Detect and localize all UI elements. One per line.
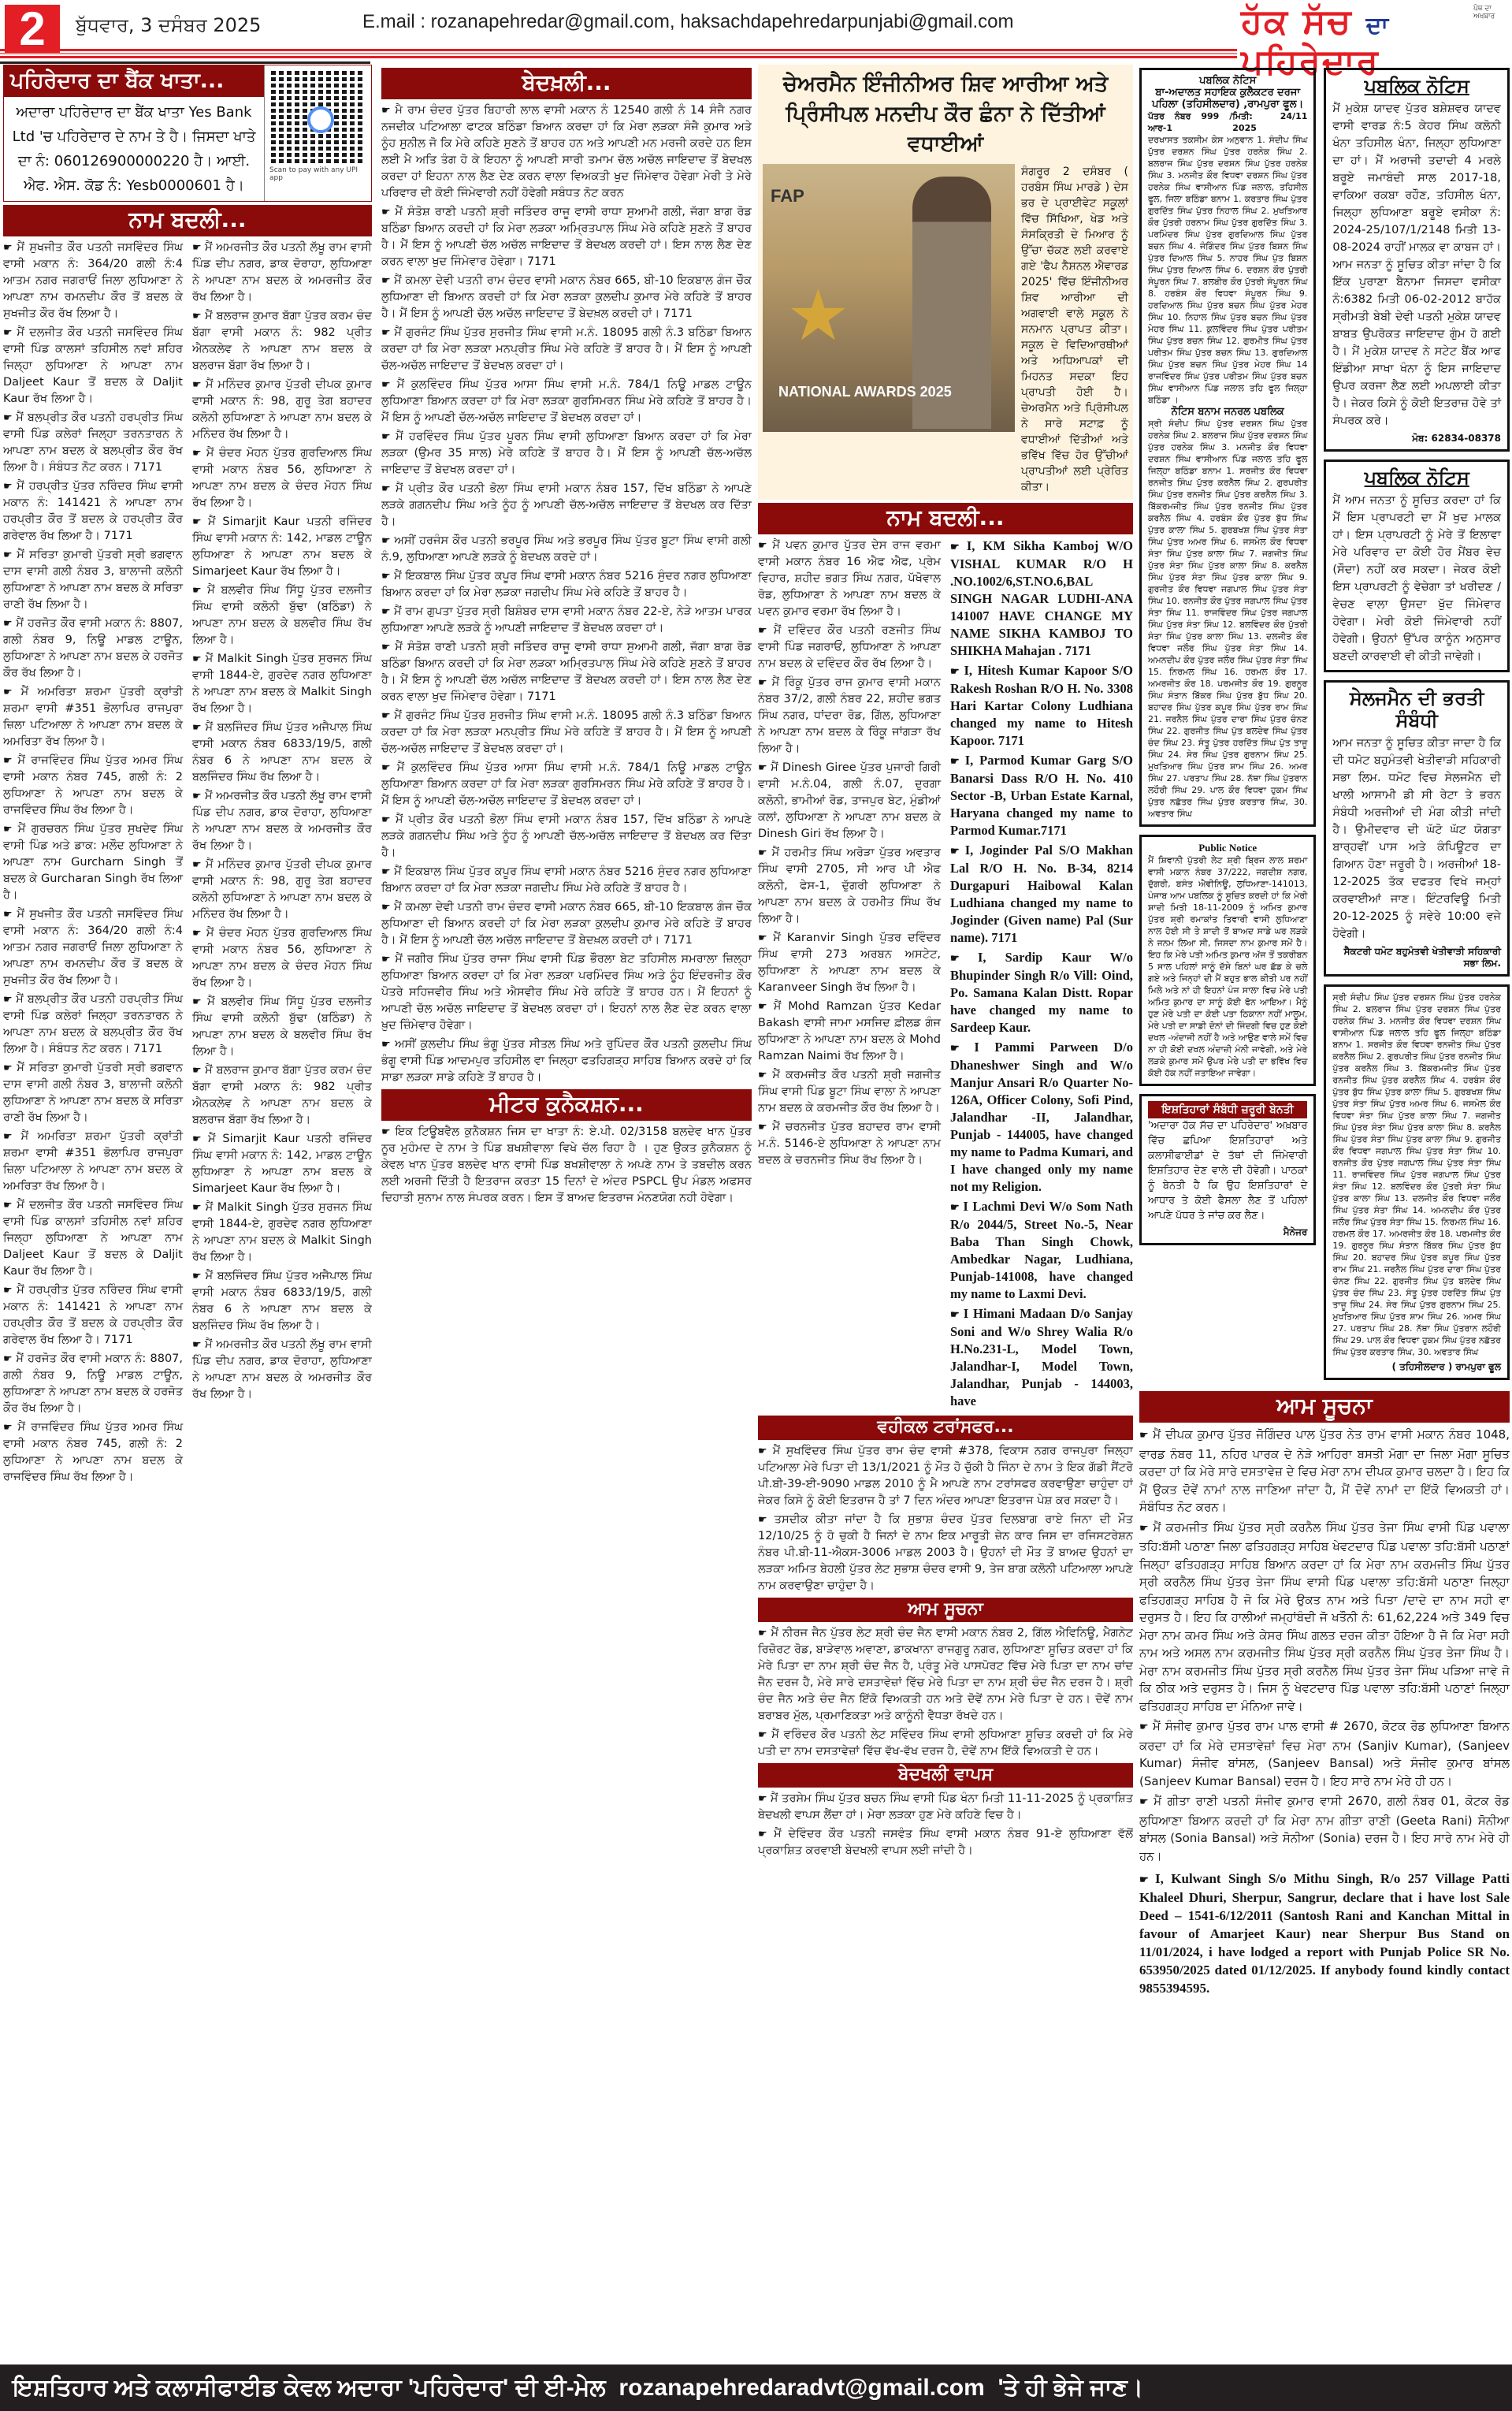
list-item: ਮੈਂ ਵਰਿੰਦਰ ਕੌਰ ਪਤਨੀ ਲੇਟ ਸਵਿੰਦਰ ਸਿੰਘ ਵਾਸੀ… xyxy=(758,1727,1133,1760)
list-item: ਮੈਂ ਬਲਵੀਰ ਸਿੰਘ ਸਿੱਧੂ ਪੁੱਤਰ ਦਲਜੀਤ ਸਿੰਘ ਵਾ… xyxy=(192,582,372,649)
list-item: I Pammi Parween D/o Dhaneshwer Singh and… xyxy=(950,1039,1133,1196)
list-item: ਅਸੀਂ ਹਰਜੰਸ ਕੌਰ ਪਤਨੀ ਭਰਪੂਰ ਸਿੰਘ ਅਤੇ ਭਰਪੂਰ… xyxy=(381,533,752,566)
list-item: ਮੈਂ ਅਮਰਜੀਤ ਕੌਰ ਪਤਨੀ ਲੱਖੂ ਰਾਮ ਵਾਸੀ ਪਿੰਡ ਦ… xyxy=(192,240,372,306)
story-headline: ਚੇਅਰਮੈਨ ਇੰਜੀਨੀਅਰ ਸ਼ਿਵ ਆਰੀਆ ਅਤੇ ਪ੍ਰਿੰਸੀਪਲ… xyxy=(763,69,1128,159)
list-item: ਮੈਂ ਪਵਨ ਕੁਮਾਰ ਪੁੱਤਰ ਦੇਸ ਰਾਜ ਵਰਮਾ ਵਾਸੀ ਮਕ… xyxy=(758,538,941,620)
list-item: ਮੈਂ ਹਰਮੀਤ ਸਿੰਘ ਅਰੋੜਾ ਪੁੱਤਰ ਅਵਤਾਰ ਸਿੰਘ ਵਾ… xyxy=(758,845,941,928)
notice-title: ਇਸ਼ਤਿਹਾਰਾਂ ਸੰਬੰਧੀ ਜ਼ਰੂਰੀ ਬੇਨਤੀ xyxy=(1148,1101,1307,1118)
list-item: ਮੈਂ ਇਕਬਾਲ ਸਿੰਘ ਪੁੱਤਰ ਕਪੂਰ ਸਿੰਘ ਵਾਸੀ ਮਕਾਨ… xyxy=(381,864,752,897)
footer-ad-instructions: ਇਸ਼ਤਿਹਾਰ ਅਤੇ ਕਲਾਸੀਫਾਈਡ ਕੇਵਲ ਅਦਾਰਾ 'ਪਹਿਰੇ… xyxy=(0,2364,1512,2411)
list-item: ਮੈਂ ਗੁਰਚਰਨ ਸਿੰਘ ਪੁੱਤਰ ਸੁਖਦੇਵ ਸਿੰਘ ਵਾਸੀ ਪ… xyxy=(3,821,183,904)
list-item: ਮੈਂ Dinesh Giree ਪੁੱਤਰ ਪੁਜਾਰੀ ਗਿਰੀ ਵਾਸੀ … xyxy=(758,760,941,843)
list-item: I, Hitesh Kumar Kapoor S/O Rakesh Roshan… xyxy=(950,662,1133,750)
page-number: 2 xyxy=(5,5,60,54)
list-item: ਮੈਂ ਹਰਜੋਤ ਕੌਰ ਵਾਸੀ ਮਕਾਨ ਨੰ: 8807, ਗਲੀ ਨੰ… xyxy=(3,616,183,682)
list-item: ਮੈਂ ਬਲਪ੍ਰੀਤ ਕੌਰ ਪਤਨੀ ਹਰਪ੍ਰੀਤ ਸਿੰਘ ਵਾਸੀ ਪ… xyxy=(3,410,183,476)
story-photo: FAP ★ NATIONAL AWARDS 2025 xyxy=(763,164,1015,432)
masthead: 2 ਬੁੱਧਵਾਰ, 3 ਦਸੰਬਰ 2025 E.mail : rozanap… xyxy=(0,0,1512,60)
footer-suffix: 'ਤੇ ਹੀ ਭੇਜੇ ਜਾਣ। xyxy=(997,2375,1143,2401)
list-item: ਮੈਂ ਕੁਲਵਿੰਦਰ ਸਿੰਘ ਪੁੱਤਰ ਆਸਾ ਸਿੰਘ ਵਾਸੀ ਮ.… xyxy=(381,760,752,809)
section-header-meter-connection: ਮੀਟਰ ਕੁਨੈਕਸ਼ਨ... xyxy=(381,1089,752,1121)
public-notice-court-continued: ਸ੍ਰੀ ਸੰਦੀਪ ਸਿੰਘ ਪੁੱਤਰ ਦਰਸ਼ਨ ਸਿੰਘ ਪੁੱਤਰ ਹ… xyxy=(1324,984,1510,1380)
list-item: ਮੈਂ ਅਮਰਿਤਾ ਸ਼ਰਮਾ ਪੁੱਤਰੀ ਕ੍ਰਾਂਤੀ ਸ਼ਰਮਾ ਵਾ… xyxy=(3,1129,183,1195)
photo-logo-text: FAP xyxy=(771,186,804,206)
notice-contact: ਮੋਬ: 62834-08378 xyxy=(1332,433,1501,445)
list-item: ਮੈਂ ਗੀਤਾ ਰਾਣੀ ਪਤਨੀ ਸੰਜੀਵ ਕੁਮਾਰ ਵਾਸੀ 2670… xyxy=(1139,1792,1510,1865)
list-item: ਤਸਦੀਕ ਕੀਤਾ ਜਾਂਦਾ ਹੈ ਕਿ ਸੁਭਾਸ਼ ਚੰਦਰ ਪੁੱਤਰ… xyxy=(758,1512,1133,1594)
footer-email[interactable]: rozanapehredaradvt@gmail.com xyxy=(619,2375,984,2401)
list-item: ਮੈਂ Mohd Ramzan ਪੁੱਤਰ Kedar Bakash ਵਾਸੀ … xyxy=(758,999,941,1065)
list-item: ਮੈਂ ਹਰਜੋਤ ਕੌਰ ਵਾਸੀ ਮਕਾਨ ਨੰ: 8807, ਗਲੀ ਨੰ… xyxy=(3,1351,183,1417)
list-item: ਮੈ ਰਾਮ ਚੰਦਰ ਪੁੱਤਰ ਬਿਹਾਰੀ ਲਾਲ ਵਾਸੀ ਮਕਾਨ ਨ… xyxy=(381,102,752,202)
notice-text: ਸ੍ਰੀ ਸੰਦੀਪ ਸਿੰਘ ਪੁੱਤਰ ਦਰਸ਼ਨ ਸਿੰਘ ਪੁੱਤਰ ਹ… xyxy=(1332,992,1501,1358)
notice-title: ਪਬਲਿਕ ਨੋਟਿਸ xyxy=(1332,467,1501,489)
star-icon: ★ xyxy=(786,274,850,357)
name-change-punjabi-list: ਮੈਂ ਪਵਨ ਕੁਮਾਰ ਪੁੱਤਰ ਦੇਸ ਰਾਜ ਵਰਮਾ ਵਾਸੀ ਮਕ… xyxy=(758,538,941,1412)
public-notice-mukesh: ਪਬਲਿਕ ਨੋਟਿਸ ਮੈਂ ਮੁਕੇਸ਼ ਯਾਦਵ ਪੁੱਤਰ ਬਸ਼ੇਸ਼… xyxy=(1324,68,1510,452)
upi-qr-code[interactable]: Scan to pay with any UPI app xyxy=(264,65,371,201)
name-change-list-right: ਮੈਂ ਅਮਰਜੀਤ ਕੌਰ ਪਤਨੀ ਲੱਖੂ ਰਾਮ ਵਾਸੀ ਪਿੰਡ ਦ… xyxy=(192,240,372,1488)
list-item: ਮੈਂ ਹਰਪ੍ਰੀਤ ਪੁੱਤਰ ਨਰਿੰਦਰ ਸਿੰਘ ਵਾਸੀ ਮਕਾਨ … xyxy=(3,478,183,545)
notice-text: ਮੈਂ ਆਮ ਜਨਤਾ ਨੂੰ ਸੂਚਿਤ ਕਰਦਾ ਹਾਂ ਕਿ ਮੈਂ ਇਸ… xyxy=(1332,492,1501,665)
list-item: ਮੈਂ ਰਿੰਕੂ ਪੁੱਤਰ ਰਾਜ ਕੁਮਾਰ ਵਾਸੀ ਮਕਾਨ ਨੰਬਰ… xyxy=(758,675,941,757)
list-item: ਮੈਂ ਸੁਖਜੀਤ ਕੌਰ ਪਤਨੀ ਜਸਵਿੰਦਰ ਸਿੰਘ ਵਾਸੀ ਮਕ… xyxy=(3,906,183,989)
list-item: ਮੈਂ ਸੁਖਜੀਤ ਕੌਰ ਪਤਨੀ ਜਸਵਿੰਦਰ ਸਿੰਘ ਵਾਸੀ ਮਕ… xyxy=(3,240,183,322)
salesman-recruitment-notice: ਸੇਲਜਮੈਨ ਦੀ ਭਰਤੀ ਸੰਬੰਧੀ ਆਮ ਜਨਤਾ ਨੂੰ ਸੂਚਿਤ… xyxy=(1324,680,1510,977)
list-item: ਮੈਂ ਦੀਪਕ ਕੁਮਾਰ ਪੁੱਤਰ ਜੋਗਿੰਦਰ ਪਾਲ ਪੁੱਤਰ ਨ… xyxy=(1139,1426,1510,1516)
contact-emails: E.mail : rozanapehredar@gmail.com, haksa… xyxy=(362,11,1013,33)
list-item: ਮੈਂ ਬਲਰਾਜ ਕੁਮਾਰ ਬੱਗਾ ਪੁੱਤਰ ਕਰਮ ਚੰਦ ਬੱਗਾ … xyxy=(192,308,372,374)
list-item: ਮੈਂ ਗੁਰਜੰਟ ਸਿੰਘ ਪੁੱਤਰ ਸੁਰਜੀਤ ਸਿੰਘ ਵਾਸੀ ਮ… xyxy=(381,325,752,374)
section-header-disinherit: ਬੇਦਖ਼ਲੀ... xyxy=(381,68,752,99)
name-change-english-list: I, KM Sikha Kamboj W/O VISHAL KUMAR R/O … xyxy=(950,538,1133,1412)
list-item: I Lachmi Devi W/o Som Nath R/o 2044/5, S… xyxy=(950,1198,1133,1303)
list-item: ਮੈਂ ਸਰਿਤਾ ਕੁਮਾਰੀ ਪੁੱਤਰੀ ਸ੍ਰੀ ਭਗਵਾਨ ਦਾਸ ਵ… xyxy=(3,1060,183,1126)
notice-signature: ( ਤਹਿਸੀਲਦਾਰ ) ਰਾਮਪੁਰਾ ਫੂਲ xyxy=(1332,1361,1501,1373)
list-item: ਮੈਂ ਸੰਤੋਸ਼ ਰਾਣੀ ਪਤਨੀ ਸ਼੍ਰੀ ਜਤਿੰਦਰ ਰਾਜੂ ਵ… xyxy=(381,204,752,270)
bank-account-box: ਪਹਿਰੇਦਾਰ ਦਾ ਬੈਂਕ ਖਾਤਾ... ਅਦਾਰਾ ਪਹਿਰੇਦਾਰ … xyxy=(3,65,372,202)
list-item: ਮੈਂ ਚੰਦਰ ਮੋਹਨ ਪੁੱਤਰ ਗੁਰਦਿਆਲ ਸਿੰਘ ਵਾਸੀ ਮਕ… xyxy=(192,445,372,512)
list-item: ਮੈਂ ਰਾਜਵਿੰਦਰ ਸਿੰਘ ਪੁੱਤਰ ਅਮਰ ਸਿੰਘ ਵਾਸੀ ਮਕ… xyxy=(3,753,183,819)
public-notice-english: Public Notice ਮੈਂ ਸ਼ਿਵਾਨੀ ਪੁੱਤਰੀ ਲੇਟ ਸ਼੍… xyxy=(1139,835,1316,1086)
list-item: ਮੈਂ ਸੰਤੋਸ਼ ਰਾਣੀ ਪਤਨੀ ਸ਼੍ਰੀ ਜਤਿੰਦਰ ਰਾਜੂ ਵ… xyxy=(381,639,752,705)
notice-title: ਸੇਲਜਮੈਨ ਦੀ ਭਰਤੀ ਸੰਬੰਧੀ xyxy=(1332,687,1501,731)
list-item: I, Joginder Pal S/O Makhan Lal R/O H. No… xyxy=(950,842,1133,947)
list-item: I, KM Sikha Kamboj W/O VISHAL KUMAR R/O … xyxy=(950,538,1133,660)
lost-deed-notice: I, Kulwant Singh S/o Mithu Singh, R/o 25… xyxy=(1139,1870,1510,1997)
list-item: ਮੈਂ ਚਰਨਜੀਤ ਪੁੱਤਰ ਬਹਾਦਰ ਰਾਮ ਵਾਸੀ ਮ.ਨੰ. 51… xyxy=(758,1119,941,1169)
list-item: ਮੈਂ ਕੁਲਵਿੰਦਰ ਸਿੰਘ ਪੁੱਤਰ ਆਸਾ ਸਿੰਘ ਵਾਸੀ ਮ.… xyxy=(381,377,752,426)
logo-text-left: ਹੱਕ ਸੱਚ xyxy=(1241,2,1352,42)
notice-title: Public Notice xyxy=(1148,842,1307,854)
list-item: I, Sardip Kaur W/o Bhupinder Singh R/o V… xyxy=(950,949,1133,1036)
list-item: ਮੈਂ ਬਲਜਿੰਦਰ ਸਿੰਘ ਪੁੱਤਰ ਅਜੈਪਾਲ ਸਿੰਘ ਵਾਸੀ … xyxy=(192,720,372,786)
list-item: ਮੈਂ ਦਵਿੰਦਰ ਕੌਰ ਪਤਨੀ ਰਣਜੀਤ ਸਿੰਘ ਵਾਸੀ ਪਿੰਡ… xyxy=(758,623,941,672)
list-item: ਮੈਂ ਇਕਬਾਲ ਸਿੰਘ ਪੁੱਤਰ ਕਪੂਰ ਸਿੰਘ ਵਾਸੀ ਮਕਾਨ… xyxy=(381,568,752,601)
notice-text: 'ਅਦਾਰਾ ਹੱਕ ਸੱਚ ਦਾ ਪਹਿਰੇਦਾਰ' ਅਖ਼ਬਾਰ ਵਿੱਚ … xyxy=(1148,1118,1307,1223)
list-item: ਮੈਂ ਰਾਜਵਿੰਦਰ ਸਿੰਘ ਪੁੱਤਰ ਅਮਰ ਸਿੰਘ ਵਾਸੀ ਮਕ… xyxy=(3,1419,183,1486)
disinherit-list: ਮੈ ਰਾਮ ਚੰਦਰ ਪੁੱਤਰ ਬਿਹਾਰੀ ਲਾਲ ਵਾਸੀ ਮਕਾਨ ਨ… xyxy=(381,102,752,1086)
list-item: ਮੈਂ ਤਰਸੇਮ ਸਿੰਘ ਪੁੱਤਰ ਬਚਨ ਸਿੰਘ ਵਾਸੀ ਪਿੰਡ … xyxy=(758,1791,1133,1824)
list-item: ਮੈਂ ਪ੍ਰੀਤ ਕੌਰ ਪਤਨੀ ਭੋਲਾ ਸਿੰਘ ਵਾਸੀ ਮਕਾਨ ਨ… xyxy=(381,812,752,861)
divider xyxy=(0,61,370,64)
list-item: ਅਸੀਂ ਕੁਲਦੀਪ ਸਿੰਘ ਭੰਗੂ ਪੁੱਤਰ ਸੀਤਲ ਸਿੰਘ ਅਤ… xyxy=(381,1036,752,1086)
list-item: ਮੈਂ ਕਰਮਜੀਤ ਸਿੰਘ ਪੁੱਤਰ ਸ੍ਰੀ ਕਰਨੈਲ ਸਿੰਘ ਪੁ… xyxy=(1139,1519,1510,1716)
column-2: ਬੇਦਖ਼ਲੀ... ਮੈ ਰਾਮ ਚੰਦਰ ਪੁੱਤਰ ਬਿਹਾਰੀ ਲਾਲ … xyxy=(381,65,752,2366)
public-notice-court: ਪਬਲਿਕ ਨੋਟਿਸ ਬਾ-ਅਦਾਲਤ ਸਹਾਇਕ ਕੁਲੈਕਟਰ ਦਰਜਾ … xyxy=(1139,68,1316,827)
list-item: ਮੈਂ ਬਲਵੀਰ ਸਿੰਘ ਸਿੱਧੂ ਪੁੱਤਰ ਦਲਜੀਤ ਸਿੰਘ ਵਾ… xyxy=(192,994,372,1060)
list-item: ਮੈਂ ਪ੍ਰੀਤ ਕੌਰ ਪਤਨੀ ਭੋਲਾ ਸਿੰਘ ਵਾਸੀ ਮਕਾਨ ਨ… xyxy=(381,481,752,530)
list-item: ਮੈਂ ਕਮਲਾ ਦੇਵੀ ਪਤਨੀ ਰਾਮ ਚੰਦਰ ਵਾਸੀ ਮਕਾਨ ਨੰ… xyxy=(381,899,752,949)
column-3: ਚੇਅਰਮੈਨ ਇੰਜੀਨੀਅਰ ਸ਼ਿਵ ਆਰੀਆ ਅਤੇ ਪ੍ਰਿੰਸੀਪਲ… xyxy=(758,65,1133,2366)
list-item: ਮੈਂ ਮਨਿੰਦਰ ਕੁਮਾਰ ਪੁੱਤਰੀ ਦੀਪਕ ਕੁਮਾਰ ਵਾਸੀ … xyxy=(192,857,372,923)
list-item: ਮੈਂ Malkit Singh ਪੁੱਤਰ ਸੁਰਜਨ ਸਿੰਘ ਵਾਸੀ 1… xyxy=(192,1200,372,1266)
notice-title: ਪਬਲਿਕ ਨੋਟਿਸ xyxy=(1148,75,1307,87)
footer-text: ਇਸ਼ਤਿਹਾਰ ਅਤੇ ਕਲਾਸੀਫਾਈਡ ਕੇਵਲ ਅਦਾਰਾ 'ਪਹਿਰੇ… xyxy=(13,2375,606,2401)
list-item: ਮੈਂ Simarjit Kaur ਪਤਨੀ ਰਜਿੰਦਰ ਸਿੰਘ ਵਾਸੀ … xyxy=(192,1131,372,1197)
logo-text-mid: ਦਾ xyxy=(1366,12,1390,39)
notice-subheading: ਨੋਟਿਸ ਬਨਾਮ ਜਨਰਲ ਪਬਲਿਕ xyxy=(1148,406,1307,418)
photo-award-text: NATIONAL AWARDS 2025 xyxy=(778,384,952,400)
list-item: ਮੈਂ ਜਗੀਰ ਸਿੰਘ ਪੁੱਤਰ ਰਾਜਾ ਸਿੰਘ ਵਾਸੀ ਪਿੰਡ … xyxy=(381,951,752,1034)
notice-text: ਦਰਖਾਸਤ ਤਕਸੀਮ ਕੇਸ ਅਨੁਵਾਨ 1. ਸੰਦੀਪ ਸਿੰਘ ਪੁ… xyxy=(1148,134,1307,406)
list-item: ਮੈਂ ਕਮਲਾ ਦੇਵੀ ਪਤਨੀ ਰਾਮ ਚੰਦਰ ਵਾਸੀ ਮਕਾਨ ਨੰ… xyxy=(381,273,752,322)
ad-disclaimer-notice: ਇਸ਼ਤਿਹਾਰਾਂ ਸੰਬੰਧੀ ਜ਼ਰੂਰੀ ਬੇਨਤੀ 'ਅਦਾਰਾ ਹੱ… xyxy=(1139,1094,1316,1245)
list-item: ਮੈਂ ਹਰਵਿੰਦਰ ਸਿੰਘ ਪੁੱਤਰ ਪੂਰਨ ਸਿੰਘ ਵਾਸੀ ਲੁ… xyxy=(381,429,752,478)
list-item: ਮੈਂ ਸੰਜੀਵ ਕੁਮਾਰ ਪੁੱਤਰ ਰਾਮ ਪਾਲ ਵਾਸੀ # 267… xyxy=(1139,1717,1510,1790)
list-item: I Himani Madaan D/o Sanjay Soni and W/o … xyxy=(950,1305,1133,1410)
story-body: ਸੰਗਰੂਰ 2 ਦਸੰਬਰ ( ਹਰਬੰਸ ਸਿੰਘ ਮਾਰਡੇ ) ਦੇਸ … xyxy=(1021,164,1128,495)
qr-caption: Scan to pay with any UPI app xyxy=(269,166,366,182)
column-1: ਪਹਿਰੇਦਾਰ ਦਾ ਬੈਂਕ ਖਾਤਾ... ਅਦਾਰਾ ਪਹਿਰੇਦਾਰ … xyxy=(3,65,372,2366)
notice-subtitle: ਬਾ-ਅਦਾਲਤ ਸਹਾਇਕ ਕੁਲੈਕਟਰ ਦਰਜਾ ਪਹਿਲਾ (ਤਹਿਸੀ… xyxy=(1148,87,1307,110)
list-item: ਮੈਂ Malkit Singh ਪੁੱਤਰ ਸੁਰਜਨ ਸਿੰਘ ਵਾਸੀ 1… xyxy=(192,651,372,717)
section-header-disinherit-revoke: ਬੇਦਖਲੀ ਵਾਪਸ xyxy=(758,1763,1133,1788)
bank-account-text: ਅਦਾਰਾ ਪਹਿਰੇਦਾਰ ਦਾ ਬੈਂਕ ਖਾਤਾ Yes Bank Ltd… xyxy=(4,97,264,201)
section-header-vehicle-transfer: ਵਹੀਕਲ ਟਰਾਂਸਫਰ... xyxy=(758,1416,1133,1440)
column-4: ਪਬਲਿਕ ਨੋਟਿਸ ਬਾ-ਅਦਾਲਤ ਸਹਾਇਕ ਕੁਲੈਕਟਰ ਦਰਜਾ … xyxy=(1139,65,1510,2366)
public-notice-property: ਪਬਲਿਕ ਨੋਟਿਸ ਮੈਂ ਆਮ ਜਨਤਾ ਨੂੰ ਸੂਚਿਤ ਕਰਦਾ ਹ… xyxy=(1324,460,1510,672)
list-item: ਮੈਂ ਚੰਦਰ ਮੋਹਨ ਪੁੱਤਰ ਗੁਰਦਿਆਲ ਸਿੰਘ ਵਾਸੀ ਮਕ… xyxy=(192,925,372,992)
section-header-general-notice: ਆਮ ਸੂਚਨਾ xyxy=(758,1598,1133,1622)
name-change-list-left: ਮੈਂ ਸੁਖਜੀਤ ਕੌਰ ਪਤਨੀ ਜਸਵਿੰਦਰ ਸਿੰਘ ਵਾਸੀ ਮਕ… xyxy=(3,240,183,1488)
qr-code-icon xyxy=(271,70,366,163)
bank-account-title: ਪਹਿਰੇਦਾਰ ਦਾ ਬੈਂਕ ਖਾਤਾ... xyxy=(4,65,264,97)
notice-text-2: ਸ੍ਰੀ ਸੰਦੀਪ ਸਿੰਘ ਪੁੱਤਰ ਦਰਸ਼ਨ ਸਿੰਘ ਪੁੱਤਰ ਹ… xyxy=(1148,418,1307,820)
notice-title: ਪਬਲਿਕ ਨੋਟਿਸ xyxy=(1332,75,1501,97)
news-story: ਚੇਅਰਮੈਨ ਇੰਜੀਨੀਅਰ ਸ਼ਿਵ ਆਰੀਆ ਅਤੇ ਪ੍ਰਿੰਸੀਪਲ… xyxy=(758,65,1133,500)
notice-date: ਮਿਤੀ: 24/11 2025 xyxy=(1232,110,1307,134)
list-item: ਮੈਂ Karanvir Singh ਪੁੱਤਰ ਦਵਿੰਦਰ ਸਿੰਘ ਵਾਸ… xyxy=(758,930,941,996)
list-item: ਮੈਂ ਅਮਰਜੀਤ ਕੌਰ ਪਤਨੀ ਲੱਖੂ ਰਾਮ ਵਾਸੀ ਪਿੰਡ ਦ… xyxy=(192,1337,372,1403)
list-item: I, Parmod Kumar Garg S/O Banarsi Dass R/… xyxy=(950,752,1133,839)
list-item: ਮੈਂ ਅਮਰਿਤਾ ਸ਼ਰਮਾ ਪੁੱਤਰੀ ਕ੍ਰਾਂਤੀ ਸ਼ਰਮਾ ਵਾ… xyxy=(3,684,183,750)
list-item: ਮੈਂ ਬਲਰਾਜ ਕੁਮਾਰ ਬੱਗਾ ਪੁੱਤਰ ਕਰਮ ਚੰਦ ਬੱਗਾ … xyxy=(192,1062,372,1129)
section-header-general-notice-2: ਆਮ ਸੂਚਨਾ xyxy=(1139,1391,1510,1423)
notice-text: ਮੈਂ ਸ਼ਿਵਾਨੀ ਪੁੱਤਰੀ ਲੇਟ ਸ਼੍ਰੀ ਬ੍ਰਿਜ ਲਾਲ ਸ… xyxy=(1148,854,1307,1079)
list-item: ਮੈਂ ਦਲਜੀਤ ਕੌਰ ਪਤਨੀ ਜਸਵਿੰਦਰ ਸਿੰਘ ਵਾਸੀ ਪਿੰ… xyxy=(3,1197,183,1280)
list-item: ਮੈਂ Simarjit Kaur ਪਤਨੀ ਰਜਿੰਦਰ ਸਿੰਘ ਵਾਸੀ … xyxy=(192,514,372,580)
masthead-rule-lines xyxy=(0,49,1237,60)
notice-signature: ਮੈਨੇਜਰ xyxy=(1148,1226,1307,1238)
list-item: ਮੈਂ ਅਮਰਜੀਤ ਕੌਰ ਪਤਨੀ ਲੱਖੂ ਰਾਮ ਵਾਸੀ ਪਿੰਡ ਦ… xyxy=(192,788,372,854)
notice-text: ਮੈਂ ਮੁਕੇਸ਼ ਯਾਦਵ ਪੁੱਤਰ ਬਸ਼ੇਸ਼ਵਰ ਯਾਦਵ ਵਾਸੀ… xyxy=(1332,100,1501,430)
section-header-name-change: ਨਾਮ ਬਦਲੀ... xyxy=(3,205,372,236)
list-item: ਮੈਂ ਬਲਜਿੰਦਰ ਸਿੰਘ ਪੁੱਤਰ ਅਜੈਪਾਲ ਸਿੰਘ ਵਾਸੀ … xyxy=(192,1268,372,1334)
list-item: ਮੈਂ ਰਾਮ ਗੁਪਤਾ ਪੁੱਤਰ ਸ੍ਰੀ ਬਿਸ਼ੰਬਰ ਦਾਸ ਵਾਸ… xyxy=(381,604,752,637)
notice-ref: ਪੱਤਰ ਨੰਬਰ 999 /ਆਰ-1 xyxy=(1148,110,1232,134)
list-item: ਮੈਂ ਨੀਰਜ ਜੈਨ ਪੁੱਤਰ ਲੇਟ ਸ਼੍ਰੀ ਚੰਦ ਜੈਨ ਵਾਸ… xyxy=(758,1625,1133,1725)
notice-signature: ਸੈਕਟਰੀ ਧਮੋਟ ਬਹੁਮੰਤਵੀ ਖੇਤੀਵਾੜੀ ਸਹਿਕਾਰੀ ਸਭ… xyxy=(1332,946,1501,969)
logo-tagline: ਪੰਥ ਦਾ ਅਖਬਾਰ xyxy=(1473,5,1512,20)
list-item: ਇਕ ਟਿਊਬਵੈਲ ਕੁਨੈਕਸ਼ਨ ਜਿਸ ਦਾ ਖਾਤਾ ਨੰ: ਏ.ਪੀ… xyxy=(381,1124,752,1207)
notice-text: ਆਮ ਜਨਤਾ ਨੂੰ ਸੂਚਿਤ ਕੀਤਾ ਜਾਦਾ ਹੈ ਕਿ ਦੀ ਧਮੋ… xyxy=(1332,735,1501,943)
list-item: ਮੈਂ ਸੁਖਵਿੰਦਰ ਸਿੰਘ ਪੁੱਤਰ ਰਾਮ ਚੰਦ ਵਾਸੀ #37… xyxy=(758,1443,1133,1509)
list-item: ਮੈਂ ਗੁਰਜੰਟ ਸਿੰਘ ਪੁੱਤਰ ਸੁਰਜੀਤ ਸਿੰਘ ਵਾਸੀ ਮ… xyxy=(381,708,752,757)
list-item: ਮੈਂ ਮਨਿੰਦਰ ਕੁਮਾਰ ਪੁੱਤਰੀ ਦੀਪਕ ਕੁਮਾਰ ਵਾਸੀ … xyxy=(192,377,372,443)
section-header-name-change-2: ਨਾਮ ਬਦਲੀ... xyxy=(758,503,1133,534)
issue-date: ਬੁੱਧਵਾਰ, 3 ਦਸੰਬਰ 2025 xyxy=(76,14,261,36)
list-item: ਮੈਂ ਹਰਪ੍ਰੀਤ ਪੁੱਤਰ ਨਰਿੰਦਰ ਸਿੰਘ ਵਾਸੀ ਮਕਾਨ … xyxy=(3,1282,183,1349)
list-item: ਮੈਂ ਦਲਜੀਤ ਕੌਰ ਪਤਨੀ ਜਸਵਿੰਦਰ ਸਿੰਘ ਵਾਸੀ ਪਿੰ… xyxy=(3,325,183,407)
list-item: ਮੈਂ ਸਰਿਤਾ ਕੁਮਾਰੀ ਪੁੱਤਰੀ ਸ੍ਰੀ ਭਗਵਾਨ ਦਾਸ ਵ… xyxy=(3,547,183,613)
list-item: ਮੈਂ ਬਲਪ੍ਰੀਤ ਕੌਰ ਪਤਨੀ ਹਰਪ੍ਰੀਤ ਸਿੰਘ ਵਾਸੀ ਪ… xyxy=(3,992,183,1058)
list-item: ਮੈਂ ਦੇਵਿੰਦਰ ਕੌਰ ਪਤਨੀ ਜਸਵੰਤ ਸਿੰਘ ਵਾਸੀ ਮਕਾ… xyxy=(758,1826,1133,1859)
list-item: ਮੈਂ ਕਰਮਜੀਤ ਕੌਰ ਪਤਨੀ ਸ਼੍ਰੀ ਜਗਜੀਤ ਸਿੰਘ ਵਾਸ… xyxy=(758,1067,941,1117)
